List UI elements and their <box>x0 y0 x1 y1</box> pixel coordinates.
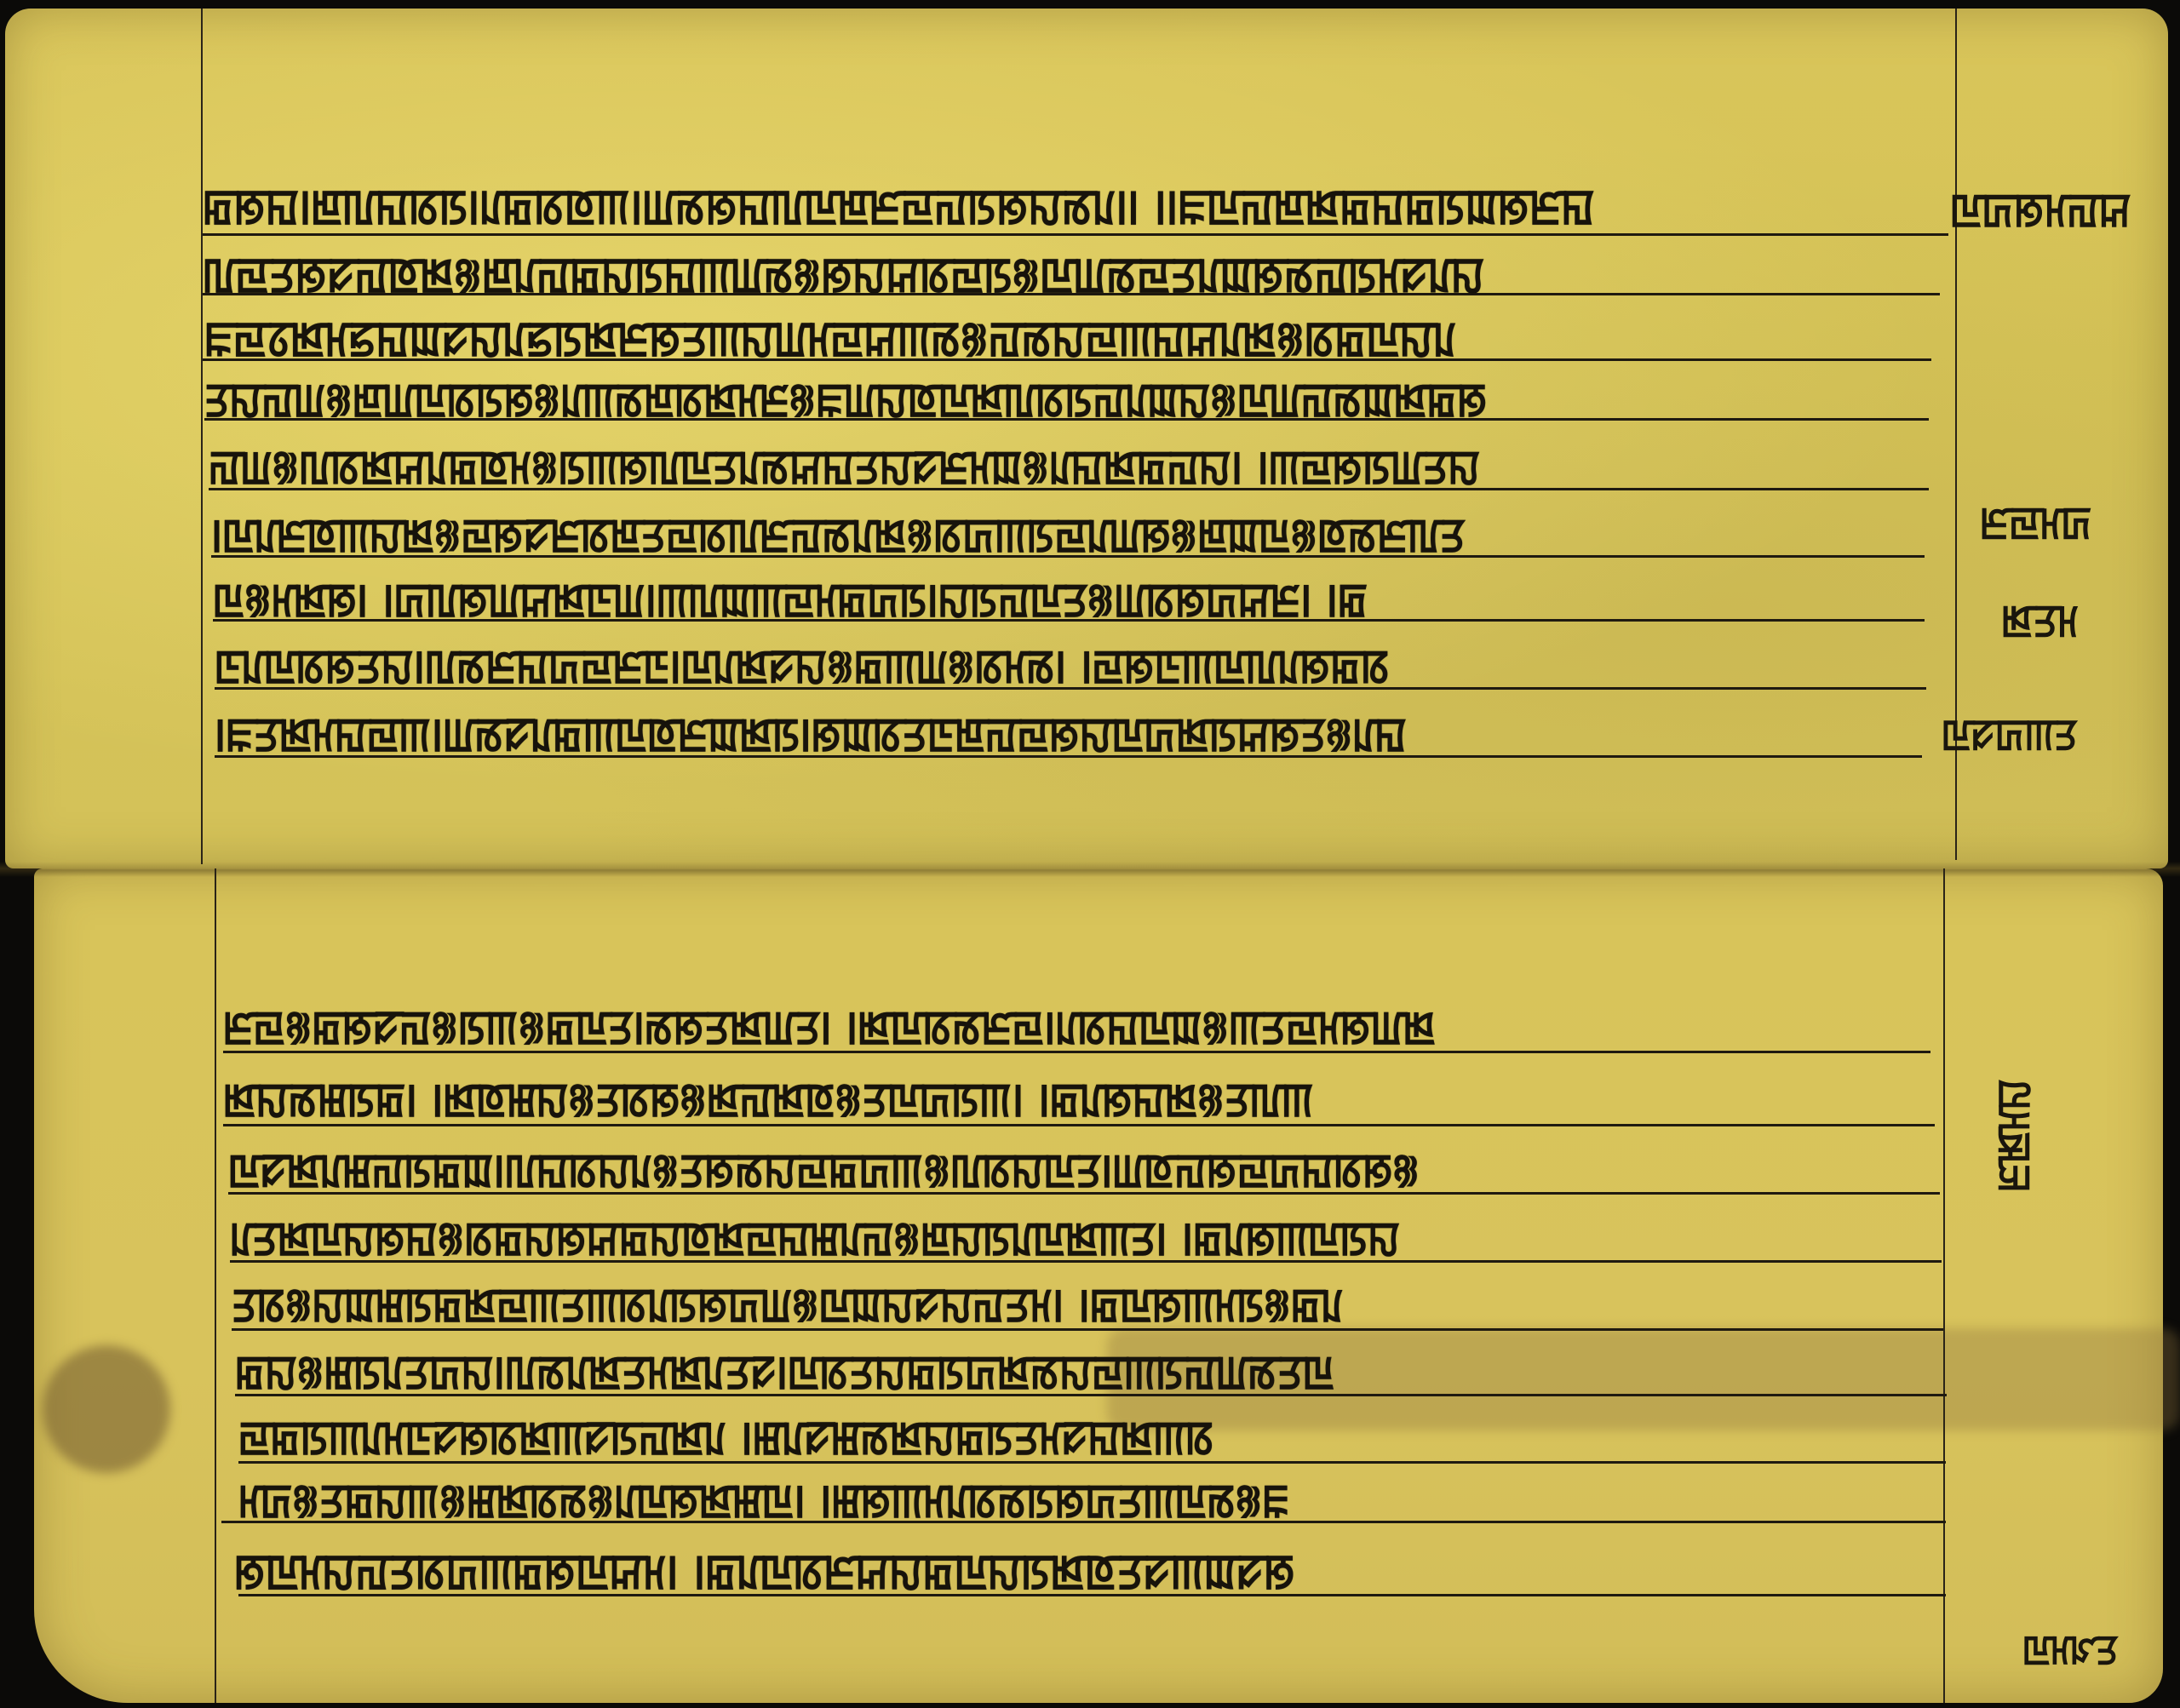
marginal-note: ꡈꡙꡘꡚ <box>1980 494 2092 549</box>
left-margin-line-lower <box>215 868 216 1703</box>
manuscript-line: ꡈꡙ꡵ꡂꡐꡛꡌ꡵ꡑꡕ꡵ꡂꡖꡗ꡶ꡏꡐꡗꡓꡆꡗ꡶ ꡶ꡓꡖꡋꡏꡈꡙ꡶ꡊꡋꡎꡖꡉ꡵ꡕꡗꡙ… <box>223 996 1930 1054</box>
manuscript-line: ꡗꡍꡌꡆ꡵ꡁꡆꡖꡋꡑꡐ꡵ꡊꡕꡏꡁꡋꡓꡘꡈ꡵ꡀꡆꡍꡔꡖꡓꡃꡋꡑꡌꡊꡉꡍ꡵ꡖꡆꡌꡏꡉ… <box>204 369 1929 427</box>
marginal-note: ꡖꡚꡐꡘꡌꡒ <box>1950 179 2131 237</box>
manuscript-line: ꡗꡋ꡵ꡍꡉꡅꡑꡂꡓꡙꡕꡗꡕꡋꡊꡑꡐꡚꡆ꡵ꡖꡉꡍꡛꡍꡌꡗꡘ꡶ ꡶ꡂꡖꡐꡕꡘꡑ꡵ꡂꡊ <box>232 1274 1943 1332</box>
manuscript-line: ꡶ꡀꡗꡓꡘꡎꡙꡕ꡶ꡆꡏꡛꡊꡂꡕꡖꡔꡈꡉꡓꡑ꡶ꡐꡉꡋꡗꡇꡁꡌꡙꡐꡍꡖꡚꡓꡑꡒꡐꡗ꡵… <box>215 703 1922 761</box>
marginal-note: ꡖꡛꡚꡕꡗ <box>1942 707 2078 759</box>
manuscript-line: ꡃꡙꡗꡐꡛꡌꡔꡓ꡵ꡁꡊꡌꡂꡍꡑꡎꡕꡆꡏ꡵ꡐꡍꡒꡋꡙꡑ꡵ꡖꡆꡏꡙꡗꡊꡉꡐꡏꡌꡑꡘꡛ… <box>203 243 1940 303</box>
manuscript-line: ꡀꡙꡞꡓꡘꡝꡎꡉꡛꡍꡊꡝꡑꡓꡈꡐꡗꡕꡍꡆꡘꡙꡒꡕꡏ꡵ꡌꡏꡍꡙꡕꡎꡒꡊꡓ꡵ꡋꡂꡖꡍ… <box>204 307 1933 367</box>
manuscript-line: ꡶ꡖꡊꡈꡔꡕꡍꡓ꡵ꡙꡐꡛꡈꡋꡁꡗꡙꡋꡃꡈꡌꡏꡊꡓ꡵ꡋꡚꡕꡑꡙꡊꡆꡐ꡵ꡁꡉꡖ꡵ꡔꡏ… <box>211 504 1925 562</box>
page-fold-crease <box>0 862 2180 877</box>
manuscript-line: ꡓꡍꡏꡅꡑꡂ꡶ ꡶ꡓꡔꡅꡍ꡵ꡗꡋꡐ꡵ꡓꡌꡓꡔ꡵ꡗꡖꡚꡑꡕ꡶ ꡶ꡂꡊꡐꡎꡓ꡵ꡗꡃꡕ <box>223 1069 1935 1126</box>
manuscript-line: ꡖ꡵ꡘꡓꡐ꡶ ꡶ꡚꡃꡐꡆꡒꡓꡇꡆ꡶ꡕꡃꡉꡕꡙꡘꡂꡚꡑ꡶ꡍꡑꡌꡖꡗ꡵ꡆꡋꡐꡚꡒꡈ꡶… <box>213 569 1925 627</box>
water-stain-left <box>43 1345 170 1473</box>
marginal-note: ꡓꡗꡘ <box>2001 592 2079 647</box>
manuscript-line: ꡊꡗꡓꡖꡍꡐꡎ꡵ꡋꡂꡍꡐꡒꡂꡍꡔꡓꡙꡎꡅꡊꡌ꡵ꡁꡍꡑꡊꡖꡓꡕꡗ꡶ ꡶ꡂꡊꡐꡕꡖꡑ… <box>230 1207 1942 1265</box>
marginal-note: ꡖꡘꡜꡗ <box>2022 1622 2118 1673</box>
marginal-note-vertical: ꡈꡓꡘꡍ <box>1984 1079 2039 1192</box>
manuscript-line: ꡂꡍ꡵ꡅꡑꡊꡗꡚꡍ꡶ꡃꡏꡊꡓꡗꡘꡓꡊꡗꡛ꡶ꡖꡋꡗꡍꡂꡑꡚꡓꡏꡍꡙꡕꡑꡌꡆꡏꡗꡖ <box>235 1341 1947 1399</box>
manuscript-line: ꡇꡊꡖꡋꡐꡗꡍ꡶ꡃꡏꡈꡎꡚꡙꡈꡇ꡶ꡖꡊꡓꡛꡍ꡵ꡂꡕꡆ꡵ꡋꡘꡏ꡶ ꡶ꡙꡐꡇꡕꡖꡃꡊ… <box>215 635 1926 693</box>
manuscript-line: ꡖꡛꡓꡊꡅꡌꡑꡂꡉ꡶ꡃꡎꡋꡍꡊ꡵ꡗꡐꡏꡍꡙꡂꡚꡕ꡵ꡃꡋꡍꡖꡗ꡶ꡆꡔꡌꡐꡙꡚꡎꡋꡐ… <box>228 1139 1940 1197</box>
left-margin-line-upper <box>201 9 203 864</box>
manuscript-line: ꡂꡐꡎ꡶ꡁꡃꡎꡋꡑ꡶ꡊꡂꡋꡔꡕ꡶ꡆꡏꡐꡎꡃꡖꡁꡈꡙꡌꡑꡐꡍꡏꡊ꡶꡶ ꡶꡶ꡀꡖꡌꡁ… <box>203 175 1948 235</box>
manuscript-line: ꡙꡂꡑꡕꡊꡘꡇꡛꡐꡋꡓꡕꡛꡑꡌꡓꡊ ꡶ꡅꡊꡛꡅꡏꡓꡍꡂꡑꡗꡘꡛꡎꡓꡕꡋ <box>238 1407 1946 1464</box>
manuscript-line: ꡐꡖꡘꡍꡌꡗꡋꡚꡕꡂꡐꡖꡒꡘ꡶ ꡶ꡂꡊꡖꡋꡈꡒꡍꡂꡖꡍꡑꡓꡔꡗꡛꡕꡉꡛꡐ <box>234 1539 1946 1600</box>
manuscript-line: ꡘꡚ꡵ꡗꡂꡍꡕ꡵ꡅꡓꡋꡏ꡵ꡊꡖꡐꡓꡅꡖ꡶ ꡶ꡅꡐꡕꡘꡊꡋꡏꡑꡐꡚꡗꡕꡖꡏ꡵ꡀ <box>238 1470 1946 1527</box>
manuscript-line: ꡌꡆ꡵ꡃꡋꡓꡒꡊꡂꡔꡘ꡵ꡑꡕꡐꡃꡖꡗꡊꡏꡒꡎꡗꡍꡛꡈꡘꡉ꡵ꡊꡎꡓꡂꡌꡍ꡶ ꡶ꡕꡙ… <box>209 436 1929 494</box>
